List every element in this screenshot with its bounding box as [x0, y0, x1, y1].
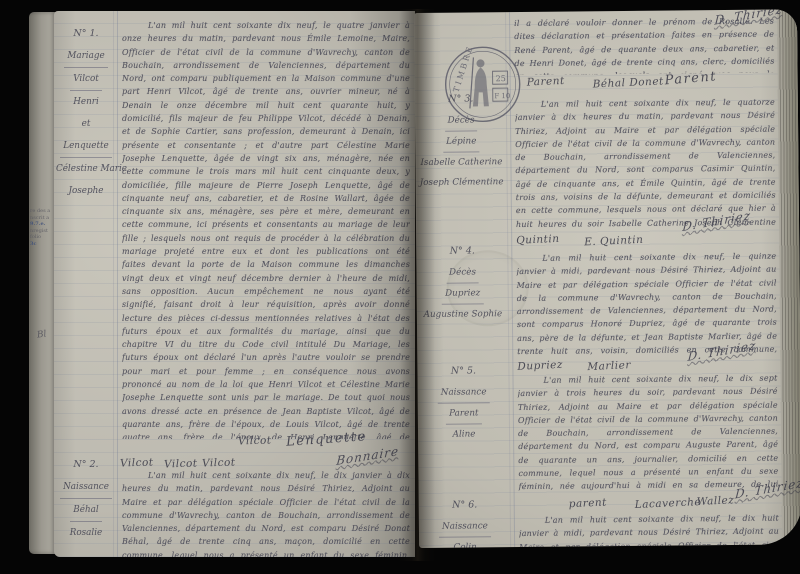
- record-given-name: Isabelle Catherine: [420, 152, 502, 173]
- signature: Dupriez: [517, 359, 563, 373]
- record-type: Décès: [446, 262, 479, 283]
- record-number: N° 3.: [417, 88, 505, 111]
- record-given-name: Henri: [73, 91, 99, 113]
- record-number: N° 5.: [419, 360, 507, 383]
- page-edge-strip: re des a nscrit a 9.7.e. nregist folio 3…: [29, 12, 56, 554]
- margin-entry-death-lepine: N° 3. Décès Lépine Isabelle Catherine Jo…: [417, 88, 506, 193]
- margin-entry-birth-colin: N° 6. Naissance Colin Victor: [421, 494, 510, 548]
- signature: Vilcot: [120, 456, 154, 469]
- act-paragraph-birth-parent: L'an mil huit cent soixante dix neuf, le…: [517, 372, 778, 492]
- record-surname: Dupriez: [442, 283, 483, 304]
- signature: E. Quintin: [584, 234, 644, 249]
- record-type: Naissance: [439, 516, 491, 537]
- edge-handwriting-fragment: Bl: [36, 329, 47, 340]
- record-given-name: Aline: [453, 424, 476, 444]
- record-type: Naissance: [60, 476, 112, 499]
- signature: Lacaverche: [634, 496, 701, 511]
- record-surname: Béhal: [70, 499, 101, 522]
- margin-entry-death-dupriez: N° 4. Décès Dupriez Augustine Sophie: [418, 240, 507, 325]
- act-paragraph-birth-behal: L'an mil huit cent soixante dix neuf, le…: [122, 469, 410, 557]
- record-number: N° 1.: [56, 23, 116, 45]
- signature: Quintin: [516, 233, 560, 247]
- signature: Vilcot: [238, 434, 272, 447]
- record-number: N° 4.: [418, 240, 506, 263]
- edge-stamp-fragment: re des a nscrit a 9.7.e. nregist folio 3…: [30, 208, 55, 247]
- signature: Vilcot: [202, 456, 236, 469]
- officer-signature: Bonnaire: [336, 444, 400, 468]
- record-surname: Parent: [446, 403, 482, 424]
- record-given-name: Célestine Marie: [56, 158, 127, 180]
- record-type: Naissance: [438, 382, 490, 403]
- record-number: N° 6.: [421, 494, 509, 517]
- signature: Wallez: [696, 494, 734, 508]
- margin-entry-birth-behal: N° 2. Naissance Béhal Rosalie: [56, 454, 116, 544]
- right-page: TIMBRE 25 F 10 il a déclaré vouloir donn…: [414, 9, 800, 548]
- signature: Béhal Donet: [592, 75, 664, 90]
- record-given-name: Rosalie: [70, 522, 103, 544]
- record-surname: Lenquette: [60, 135, 112, 158]
- record-surname: Vilcot: [70, 68, 102, 91]
- stamp-value-top: 25: [496, 74, 506, 83]
- signature: Marlier: [587, 359, 631, 373]
- signature: parent: [568, 497, 607, 511]
- fore-edge-page-stack: [777, 9, 800, 544]
- act-paragraph-birth-colin: L'an mil huit cent soixante dix neuf, le…: [519, 512, 779, 547]
- record-type: Mariage: [64, 45, 107, 68]
- margin-entry-birth-parent: N° 5. Naissance Parent Aline: [419, 360, 508, 445]
- record-number: N° 2.: [56, 454, 116, 476]
- margin-entry-marriage: N° 1. Mariage Vilcot Henri et Lenquette …: [56, 23, 116, 202]
- signature: Parent: [664, 69, 717, 88]
- record-given-name: Augustine Sophie: [424, 304, 503, 325]
- signature: Parent: [526, 75, 565, 89]
- margin-rule: [117, 11, 118, 557]
- edge-stamp-line: 3c: [30, 241, 55, 248]
- left-page: N° 1. Mariage Vilcot Henri et Lenquette …: [54, 11, 415, 557]
- record-given-name: Joseph Clémentine: [420, 172, 504, 193]
- record-surname: Colin: [450, 537, 480, 548]
- record-given-name: Josephe: [68, 180, 103, 202]
- record-surname: Lépine: [443, 131, 480, 152]
- record-conjunction: et: [82, 113, 91, 135]
- photo-background: re des a nscrit a 9.7.e. nregist folio 3…: [0, 0, 800, 574]
- record-type: Décès: [444, 110, 477, 131]
- act-paragraph-marriage: L'an mil huit cent soixante dix neuf, le…: [122, 19, 410, 439]
